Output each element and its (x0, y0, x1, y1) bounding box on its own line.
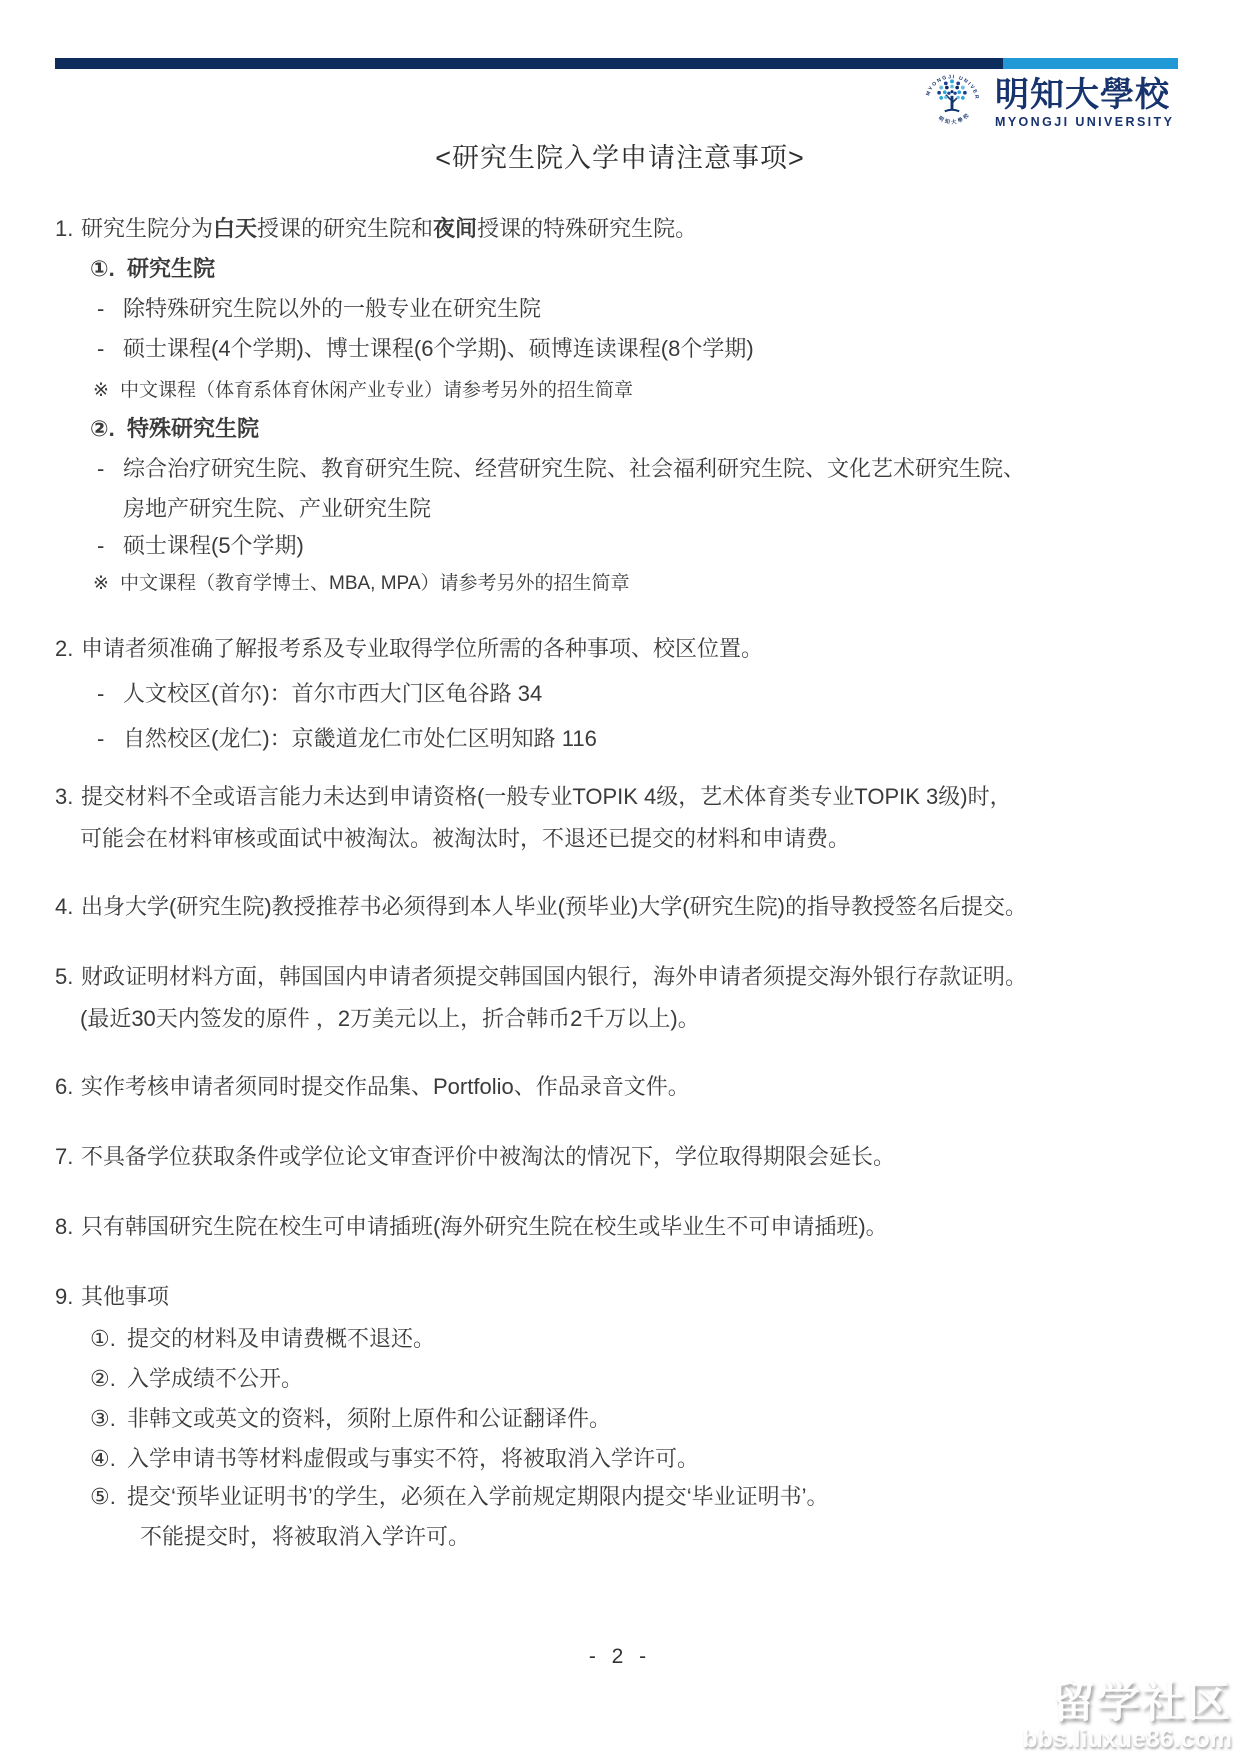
watermark-title: 留学社区 (1022, 1682, 1232, 1725)
dash-marker: - (97, 679, 123, 709)
circled-number: ③. (90, 1404, 127, 1434)
item-text: 不具备学位获取条件或学位论文审查评价中被淘汰的情况下，学位取得期限会延长。 (81, 1142, 1210, 1172)
sub-item-text: 入学申请书等材料虚假或与事实不符，将被取消入学许可。 (127, 1444, 1210, 1474)
dash-marker: - (97, 531, 123, 561)
svg-text:明知大學校: 明知大學校 (937, 110, 972, 126)
item-text: 只有韩国研究生院在校生可申请插班(海外研究生院在校生或毕业生不可申请插班)。 (81, 1212, 1210, 1242)
list-item-7: 7. 不具备学位获取条件或学位论文审查评价中被淘汰的情况下，学位取得期限会延长。 (55, 1142, 1210, 1172)
item-number: 7. (55, 1142, 81, 1172)
page-number: - 2 - (0, 1645, 1240, 1669)
circled-number: ④. (90, 1444, 127, 1474)
circled-number: ⑤. (90, 1482, 127, 1512)
list-item-1-sub-2: ②. 特殊研究生院 (90, 414, 1210, 444)
document-page: MYONGJI UNIVERSITY 明知大學校 明知大學校 MYONGJI U… (0, 0, 1240, 1754)
item-number: 2. (55, 634, 81, 664)
item-number: 1. (55, 214, 81, 244)
list-item-6: 6. 实作考核申请者须同时提交作品集、Portfolio、作品录音文件。 (55, 1072, 1210, 1102)
watermark-url: bbs.liuxue86.com (1022, 1727, 1232, 1752)
text-segment: 研究生院分为 (81, 216, 213, 241)
list-item-3-cont: 可能会在材料审核或面试中被淘汰。被淘汰时，不退还已提交的材料和申请费。 (80, 824, 1210, 854)
dash-marker: - (97, 454, 123, 484)
list-item-1: 1. 研究生院分为白天授课的研究生院和夜间授课的特殊研究生院。 (55, 214, 1210, 244)
list-item-9-sub-5: ⑤. 提交‘预毕业证明书’的学生，必须在入学前规定期限内提交‘毕业证明书’。 (90, 1482, 1210, 1512)
list-item-2-dash-1: - 人文校区(首尔)：首尔市西大门区龟谷路 34 (97, 679, 1210, 709)
list-item-1-dash-2: - 硕士课程(4个学期)、博士课程(6个学期)、硕博连读课程(8个学期) (97, 334, 1210, 364)
item-text-continuation: 可能会在材料审核或面试中被淘汰。被淘汰时，不退还已提交的材料和申请费。 (80, 824, 1210, 854)
page-title: <研究生院入学申请注意事项> (0, 136, 1240, 175)
item-number: 3. (55, 782, 81, 812)
text-segment-bold: 白天 (213, 216, 257, 241)
list-item-1-dash-1: - 除特殊研究生院以外的一般专业在研究生院 (97, 294, 1210, 324)
university-emblem-icon: MYONGJI UNIVERSITY 明知大學校 (920, 70, 984, 134)
list-item-1-note-1: ※ 中文课程（体育系体育休闲产业专业）请参考另外的招生简章 (93, 378, 1210, 404)
svg-text:MYONGJI UNIVERSITY: MYONGJI UNIVERSITY (920, 70, 980, 101)
list-item-9-sub-3: ③. 非韩文或英文的资料，须附上原件和公证翻译件。 (90, 1404, 1210, 1434)
list-item-9-sub-1: ①. 提交的材料及申请费概不退还。 (90, 1324, 1210, 1354)
circled-number: ①. (90, 1324, 127, 1354)
item-text-continuation: (最近30天内签发的原件 ，2万美元以上，折合韩币2千万以上)。 (80, 1004, 1210, 1034)
list-item-9: 9. 其他事项 (55, 1282, 1210, 1312)
list-item-8: 8. 只有韩国研究生院在校生可申请插班(海外研究生院在校生或毕业生不可申请插班)… (55, 1212, 1210, 1242)
list-item-1-dash-3-cont: 房地产研究生院、产业研究生院 (123, 494, 1210, 524)
reference-marker: ※ (93, 378, 120, 404)
sub-item-title: 特殊研究生院 (127, 414, 1210, 444)
list-item-5-cont: (最近30天内签发的原件 ，2万美元以上，折合韩币2千万以上)。 (80, 1004, 1210, 1034)
list-item-9-sub-2: ②. 入学成绩不公开。 (90, 1364, 1210, 1394)
dash-marker: - (97, 334, 123, 364)
logo-en-name: MYONGJI UNIVERSITY (995, 115, 1174, 129)
university-logo: MYONGJI UNIVERSITY 明知大學校 明知大學校 MYONGJI U… (920, 70, 1174, 134)
text-segment: 授课的特殊研究生院。 (477, 216, 697, 241)
list-item-9-sub-5-cont: 不能提交时，将被取消入学许可。 (140, 1522, 1210, 1552)
list-item-4: 4. 出身大学(研究生院)教授推荐书必须得到本人毕业(预毕业)大学(研究生院)的… (55, 892, 1210, 922)
circled-number: ②. (90, 414, 127, 444)
circled-number: ②. (90, 1364, 127, 1394)
dash-text: 综合治疗研究生院、教育研究生院、经营研究生院、社会福利研究生院、文化艺术研究生院… (123, 454, 1210, 484)
header-bar (55, 58, 1178, 69)
sub-item-text-continuation: 不能提交时，将被取消入学许可。 (140, 1522, 1210, 1552)
watermark: 留学社区 bbs.liuxue86.com (1022, 1682, 1232, 1752)
list-item-2-dash-2: - 自然校区(龙仁)：京畿道龙仁市处仁区明知路 116 (97, 724, 1210, 754)
list-item-3: 3. 提交材料不全或语言能力未达到申请资格(一般专业TOPIK 4级，艺术体育类… (55, 782, 1210, 812)
dash-text: 自然校区(龙仁)：京畿道龙仁市处仁区明知路 116 (123, 724, 1210, 754)
header-bar-blue-segment (1003, 58, 1178, 69)
dash-text: 硕士课程(5个学期) (123, 531, 1210, 561)
logo-cjk-name: 明知大學校 (995, 78, 1174, 112)
list-item-5: 5. 财政证明材料方面，韩国国内申请者须提交韩国国内银行，海外申请者须提交海外银… (55, 962, 1210, 992)
item-text: 出身大学(研究生院)教授推荐书必须得到本人毕业(预毕业)大学(研究生院)的指导教… (81, 892, 1210, 922)
dash-text: 人文校区(首尔)：首尔市西大门区龟谷路 34 (123, 679, 1210, 709)
note-text: 中文课程（教育学博士、MBA, MPA）请参考另外的招生简章 (120, 571, 1210, 597)
header-bar-navy-segment (55, 58, 1003, 69)
item-number: 4. (55, 892, 81, 922)
dash-text-continuation: 房地产研究生院、产业研究生院 (123, 494, 1210, 524)
item-text: 财政证明材料方面，韩国国内申请者须提交韩国国内银行，海外申请者须提交海外银行存款… (81, 962, 1210, 992)
item-number: 5. (55, 962, 81, 992)
dash-marker: - (97, 294, 123, 324)
list-item-2: 2. 申请者须准确了解报考系及专业取得学位所需的各种事项、校区位置。 (55, 634, 1210, 664)
list-item-1-dash-4: - 硕士课程(5个学期) (97, 531, 1210, 561)
circled-number: ①. (90, 254, 127, 284)
item-text: 申请者须准确了解报考系及专业取得学位所需的各种事项、校区位置。 (81, 634, 1210, 664)
sub-item-text: 提交‘预毕业证明书’的学生，必须在入学前规定期限内提交‘毕业证明书’。 (127, 1482, 1210, 1512)
reference-marker: ※ (93, 571, 120, 597)
sub-item-title: 研究生院 (127, 254, 1210, 284)
note-text: 中文课程（体育系体育休闲产业专业）请参考另外的招生简章 (120, 378, 1210, 404)
item-number: 6. (55, 1072, 81, 1102)
item-text: 实作考核申请者须同时提交作品集、Portfolio、作品录音文件。 (81, 1072, 1210, 1102)
dash-text: 硕士课程(4个学期)、博士课程(6个学期)、硕博连读课程(8个学期) (123, 334, 1210, 364)
item-number: 9. (55, 1282, 81, 1312)
item-number: 8. (55, 1212, 81, 1242)
text-segment-bold: 夜间 (433, 216, 477, 241)
dash-text: 除特殊研究生院以外的一般专业在研究生院 (123, 294, 1210, 324)
item-text: 提交材料不全或语言能力未达到申请资格(一般专业TOPIK 4级，艺术体育类专业T… (81, 782, 1210, 812)
list-item-1-sub-1: ①. 研究生院 (90, 254, 1210, 284)
item-text: 研究生院分为白天授课的研究生院和夜间授课的特殊研究生院。 (81, 214, 1210, 244)
list-item-9-sub-4: ④. 入学申请书等材料虚假或与事实不符，将被取消入学许可。 (90, 1444, 1210, 1474)
logo-text: 明知大學校 MYONGJI UNIVERSITY (995, 70, 1174, 129)
item-text: 其他事项 (81, 1282, 1210, 1312)
text-segment: 授课的研究生院和 (257, 216, 433, 241)
emblem-tree (937, 79, 967, 111)
list-item-1-note-2: ※ 中文课程（教育学博士、MBA, MPA）请参考另外的招生简章 (93, 571, 1210, 597)
dash-marker: - (97, 724, 123, 754)
sub-item-text: 入学成绩不公开。 (127, 1364, 1210, 1394)
sub-item-text: 提交的材料及申请费概不退还。 (127, 1324, 1210, 1354)
list-item-1-dash-3: - 综合治疗研究生院、教育研究生院、经营研究生院、社会福利研究生院、文化艺术研究… (97, 454, 1210, 484)
sub-item-text: 非韩文或英文的资料，须附上原件和公证翻译件。 (127, 1404, 1210, 1434)
